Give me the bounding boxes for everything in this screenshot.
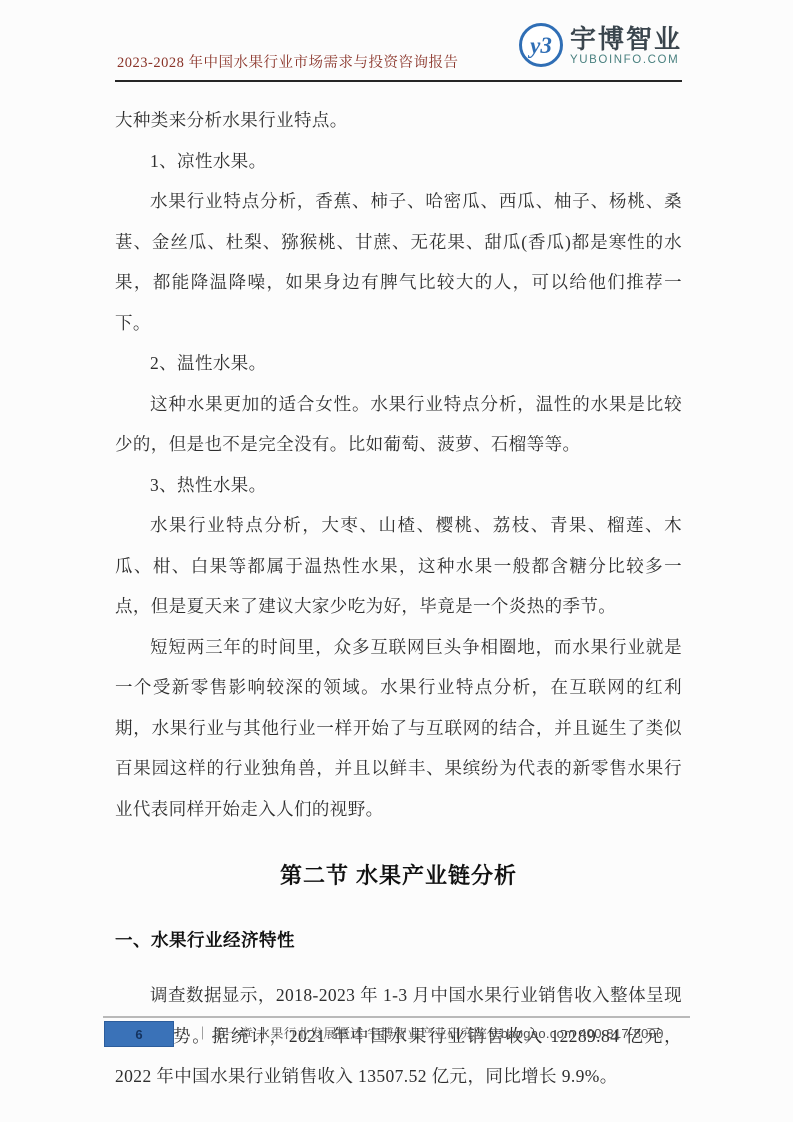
logo-text-block: 宇博智业 YUBOINFO.COM [570,25,682,66]
paragraph-hot-fruits: 水果行业特点分析，大枣、山楂、樱桃、荔枝、青果、榴莲、木瓜、柑、白果等都属于温热… [115,505,682,627]
paragraph-cool-fruits: 水果行业特点分析，香蕉、柿子、哈密瓜、西瓜、柚子、杨桃、桑葚、金丝瓜、杜梨、猕猴… [115,181,682,343]
report-title: 2023-2028 年中国水果行业市场需求与投资咨询报告 [117,51,458,72]
logo-monogram-icon: y3 [518,22,564,68]
document-page: 2023-2028 年中国水果行业市场需求与投资咨询报告 y3 宇博智业 YUB… [0,0,793,1122]
page-header: 2023-2028 年中国水果行业市场需求与投资咨询报告 y3 宇博智业 YUB… [115,0,682,82]
paragraph-warm-fruits: 这种水果更加的适合女性。水果行业特点分析，温性的水果是比较少的，但是也不是完全没… [115,384,682,465]
paragraph-new-retail: 短短两三年的时间里，众多互联网巨头争相圈地，而水果行业就是一个受新零售影响较深的… [115,627,682,830]
company-logo: y3 宇博智业 YUBOINFO.COM [518,22,682,68]
logo-domain-name: YUBOINFO.COM [570,54,679,66]
footer-chapter-info: ｜ 第一章 水果行业发展概述 宇博智业产业研究院 y.baogao.com 40… [196,1022,664,1046]
page-number-badge: 6 [104,1021,174,1047]
svg-text:y3: y3 [527,33,552,58]
subsection-heading: 一、水果行业经济特性 [115,927,682,953]
paragraph-continuation: 大种类来分析水果行业特点。 [115,100,682,141]
list-item-title-2: 2、温性水果。 [115,343,682,384]
list-item-title-1: 1、凉性水果。 [115,141,682,182]
list-item-title-3: 3、热性水果。 [115,465,682,506]
page-footer: 6 ｜ 第一章 水果行业发展概述 宇博智业产业研究院 y.baogao.com … [103,1016,690,1047]
document-body: 大种类来分析水果行业特点。 1、凉性水果。 水果行业特点分析，香蕉、柿子、哈密瓜… [115,100,682,1097]
logo-brand-name: 宇博智业 [570,25,682,53]
section-heading: 第二节 水果产业链分析 [115,859,682,893]
